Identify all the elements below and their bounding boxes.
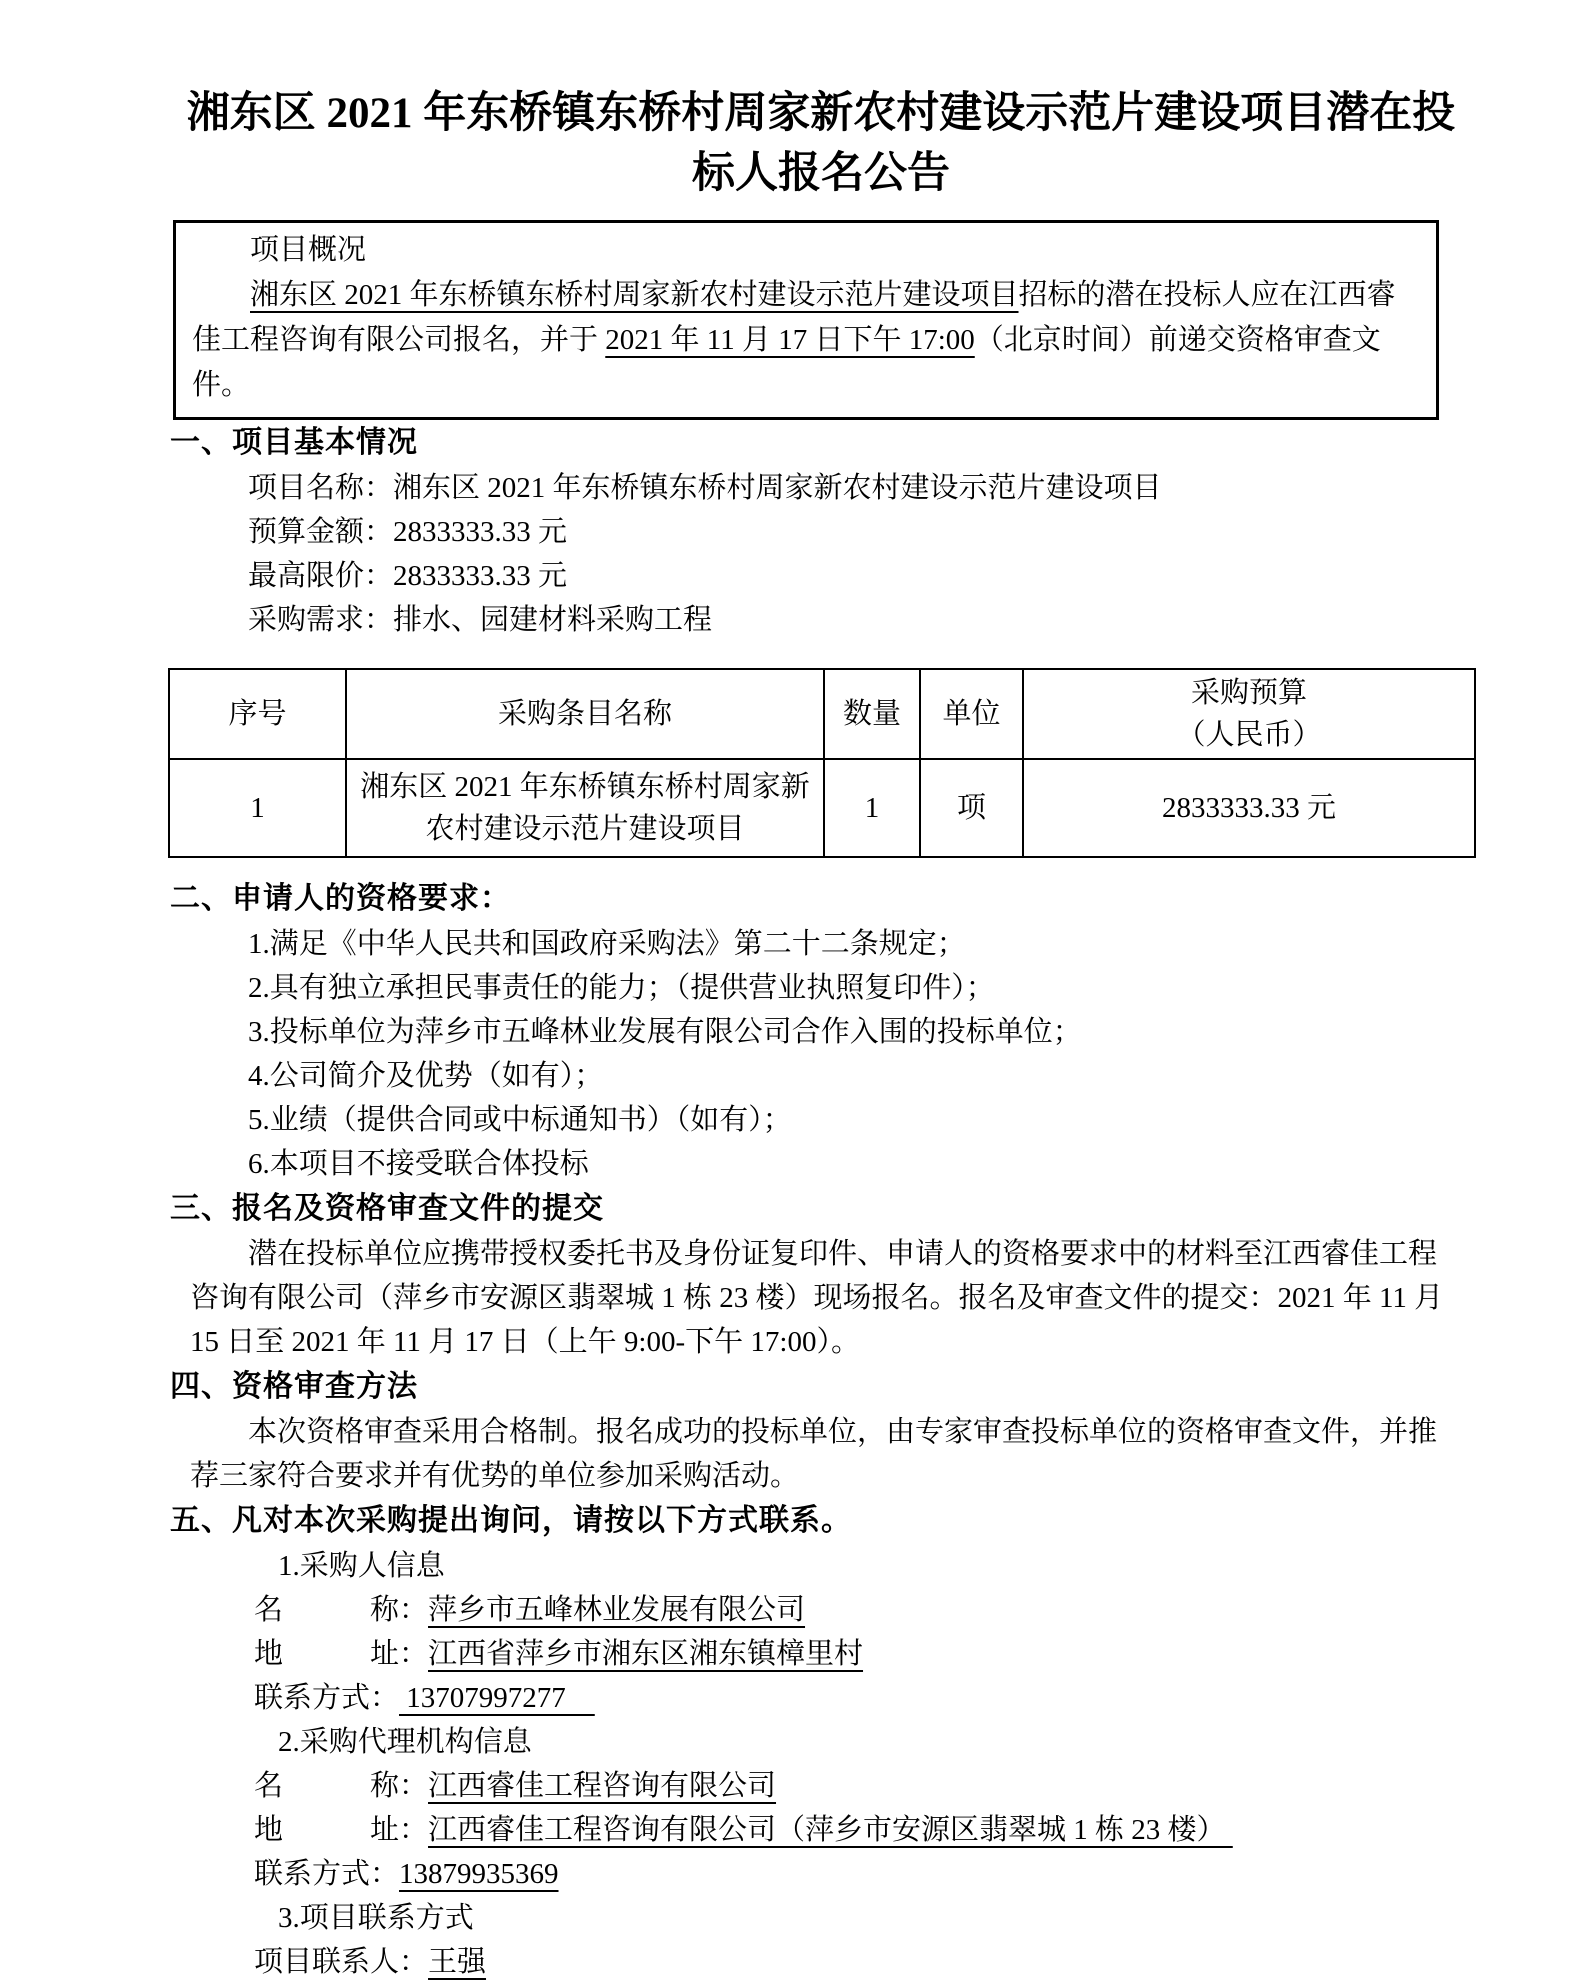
col-header-item-name: 采购条目名称 xyxy=(346,669,824,759)
submission-paragraph: 潜在投标单位应携带授权委托书及身份证复印件、申请人的资格要求中的材料至江西睿佳工… xyxy=(190,1232,1446,1364)
agency-addr-line: 地 址：江西睿佳工程咨询有限公司（萍乡市安源区翡翠城 1 栋 23 楼） xyxy=(190,1808,1446,1852)
agency-contact-line: 联系方式：13879935369 xyxy=(190,1852,1446,1896)
agency-name-line: 名 称：江西睿佳工程咨询有限公司 xyxy=(190,1764,1446,1808)
qualification-item-3: 3.投标单位为萍乡市五峰林业发展有限公司合作入围的投标单位； xyxy=(190,1010,1446,1054)
purchaser-name-line: 名 称：萍乡市五峰林业发展有限公司 xyxy=(190,1588,1446,1632)
overview-paragraph: 湘东区 2021 年东桥镇东桥村周家新农村建设示范片建设项目招标的潜在投标人应在… xyxy=(192,273,1424,408)
purchaser-addr-line: 地 址：江西省萍乡市湘东区湘东镇樟里村 xyxy=(190,1632,1446,1676)
agency-contact-label: 联系方式： xyxy=(254,1858,399,1890)
max-price-line: 最高限价：2833333.33 元 xyxy=(190,554,1446,598)
purchaser-contact-label: 联系方式： xyxy=(254,1682,399,1714)
purchaser-name-label: 名 称： xyxy=(254,1594,428,1626)
section5-heading: 五、凡对本次采购提出询问，请按以下方式联系。 xyxy=(170,1498,1446,1544)
table-header-row: 序号 采购条目名称 数量 单位 采购预算 （人民币） xyxy=(169,669,1475,759)
qualification-item-1: 1.满足《中华人民共和国政府采购法》第二十二条规定； xyxy=(190,922,1446,966)
overview-heading: 项目概况 xyxy=(192,228,1424,273)
project-contact-person-line: 项目联系人：王强 xyxy=(190,1940,1446,1984)
budget-amount-line: 预算金额：2833333.33 元 xyxy=(190,510,1446,554)
procurement-items-table: 序号 采购条目名称 数量 单位 采购预算 （人民币） 1 湘东区 2021 年东… xyxy=(168,668,1476,858)
document-page: 湘东区 2021 年东桥镇东桥村周家新农村建设示范片建设项目潜在投标人报名公告 … xyxy=(168,84,1474,1984)
project-person-value: 王强 xyxy=(428,1946,486,1978)
col-header-budget: 采购预算 （人民币） xyxy=(1023,669,1475,759)
cell-seq: 1 xyxy=(169,759,346,857)
agency-name-label: 名 称： xyxy=(254,1770,428,1802)
agency-phone-value: 13879935369 xyxy=(399,1858,559,1890)
underlined-text-segment: 2021 年 11 月 17 日下午 17:00 xyxy=(605,324,974,356)
col-header-quantity: 数量 xyxy=(824,669,920,759)
agency-addr-label: 地 址： xyxy=(254,1814,428,1846)
project-person-label: 项目联系人： xyxy=(254,1946,428,1978)
section4-heading: 四、资格审查方法 xyxy=(170,1364,1446,1410)
purchaser-info-label: 1.采购人信息 xyxy=(190,1544,1446,1588)
underlined-text-segment: 湘东区 2021 年东桥镇东桥村周家新农村建设示范片建设项目 xyxy=(250,279,1019,311)
review-method-paragraph: 本次资格审查采用合格制。报名成功的投标单位，由专家审查投标单位的资格审查文件，并… xyxy=(190,1410,1446,1498)
section1-heading: 一、项目基本情况 xyxy=(170,420,1446,466)
col-header-seq: 序号 xyxy=(169,669,346,759)
agency-addr-value: 江西睿佳工程咨询有限公司（萍乡市安源区翡翠城 1 栋 23 楼） xyxy=(428,1814,1233,1846)
col-header-unit: 单位 xyxy=(920,669,1023,759)
project-name-line: 项目名称：湘东区 2021 年东桥镇东桥村周家新农村建设示范片建设项目 xyxy=(190,466,1446,510)
qualification-item-2: 2.具有独立承担民事责任的能力；（提供营业执照复印件）； xyxy=(190,966,1446,1010)
section3-heading: 三、报名及资格审查文件的提交 xyxy=(170,1186,1446,1232)
project-contact-label: 3.项目联系方式 xyxy=(190,1896,1446,1940)
cell-budget: 2833333.33 元 xyxy=(1023,759,1475,857)
agency-info-label: 2.采购代理机构信息 xyxy=(190,1720,1446,1764)
cell-item-name: 湘东区 2021 年东桥镇东桥村周家新农村建设示范片建设项目 xyxy=(346,759,824,857)
qualification-item-5: 5.业绩（提供合同或中标通知书）（如有）； xyxy=(190,1098,1446,1142)
agency-name-value: 江西睿佳工程咨询有限公司 xyxy=(428,1770,776,1802)
purchaser-addr-value: 江西省萍乡市湘东区湘东镇樟里村 xyxy=(428,1638,863,1670)
purchaser-phone-value: 13707997277 xyxy=(399,1682,595,1714)
cell-unit: 项 xyxy=(920,759,1023,857)
table-row: 1 湘东区 2021 年东桥镇东桥村周家新农村建设示范片建设项目 1 项 283… xyxy=(169,759,1475,857)
purchaser-contact-line: 联系方式： 13707997277 xyxy=(190,1676,1446,1720)
section2-heading: 二、申请人的资格要求： xyxy=(170,876,1446,922)
qualification-item-6: 6.本项目不接受联合体投标 xyxy=(190,1142,1446,1186)
purchaser-name-value: 萍乡市五峰林业发展有限公司 xyxy=(428,1594,805,1626)
qualification-item-4: 4.公司简介及优势（如有）； xyxy=(190,1054,1446,1098)
overview-box: 项目概况 湘东区 2021 年东桥镇东桥村周家新农村建设示范片建设项目招标的潜在… xyxy=(173,220,1439,420)
cell-quantity: 1 xyxy=(824,759,920,857)
page-title: 湘东区 2021 年东桥镇东桥村周家新农村建设示范片建设项目潜在投标人报名公告 xyxy=(178,84,1464,204)
purchaser-addr-label: 地 址： xyxy=(254,1638,428,1670)
procurement-demand-line: 采购需求：排水、园建材料采购工程 xyxy=(190,598,1446,642)
